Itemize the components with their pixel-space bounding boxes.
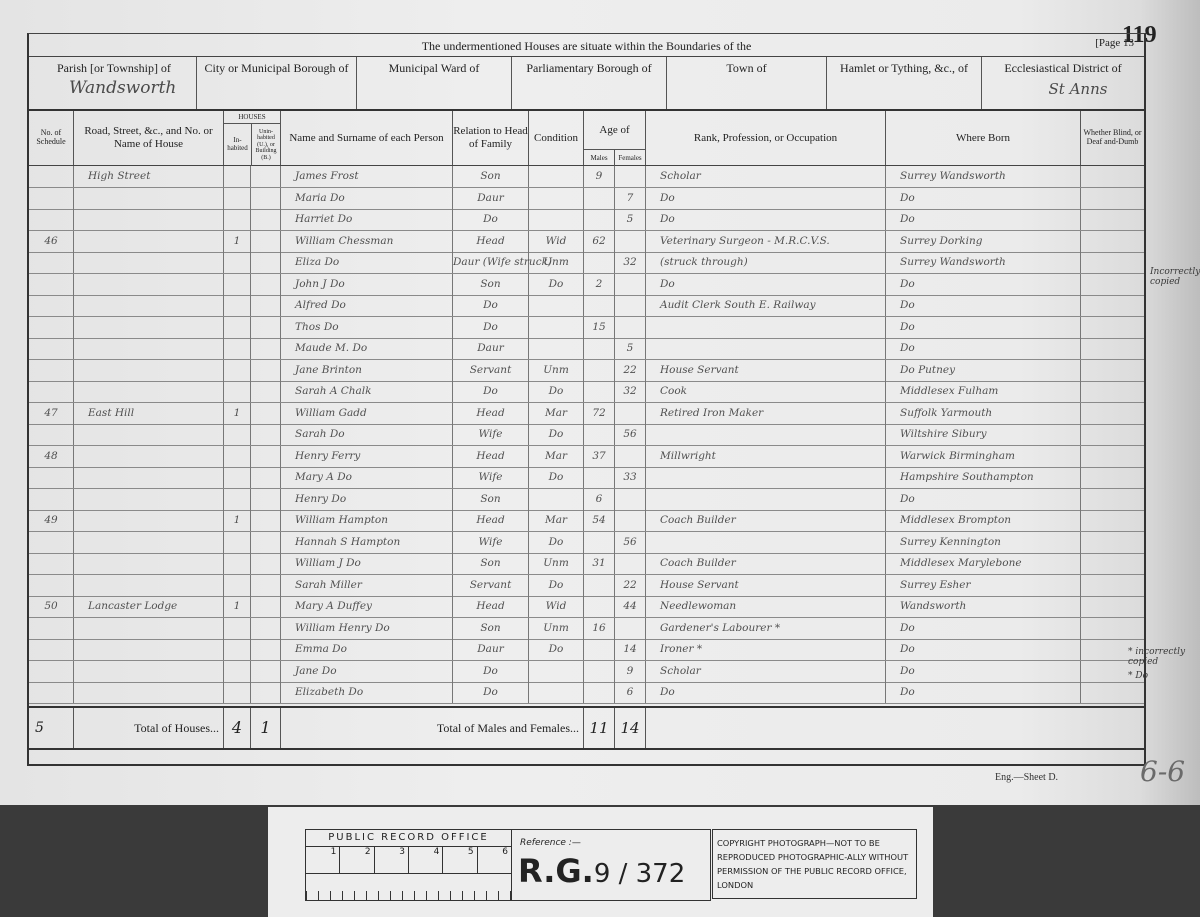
cell-uninh: [251, 661, 281, 682]
census-row: Elizabeth DoDo6DoDo: [29, 682, 1144, 704]
cell-relation: Do: [453, 317, 529, 338]
cell-relation: Wife: [453, 467, 529, 488]
cell-schedule: [29, 661, 74, 682]
cell-schedule: 50: [29, 596, 74, 617]
cell-relation: Wife: [453, 532, 529, 553]
cell-condition: [529, 166, 584, 187]
cell-occupation: Coach Builder: [646, 553, 886, 574]
cell-inh: [224, 317, 251, 338]
cell-occupation: Cook: [646, 381, 886, 402]
cell-female: [615, 274, 646, 295]
cell-male: [584, 381, 615, 402]
cell-born: Do: [886, 661, 1081, 682]
census-row: 491William HamptonHeadMar54Coach Builder…: [29, 510, 1144, 532]
corner-annotation: 6-6: [1140, 755, 1185, 788]
cell-inh: [224, 424, 251, 445]
census-row: 48Henry FerryHeadMar37MillwrightWarwick …: [29, 446, 1144, 468]
reference-value: R.G.9 / 372: [518, 852, 710, 890]
cell-female: 22: [615, 360, 646, 381]
total-females: 14: [615, 708, 646, 748]
col-condition: Condition: [529, 111, 584, 165]
cell-born: Do: [886, 618, 1081, 639]
cell-condition: [529, 188, 584, 209]
cell-road: [74, 295, 224, 316]
cell-occupation: [646, 532, 886, 553]
col-uninhabited: Unin-habited (U.), or Building (B.): [252, 124, 280, 166]
cell-condition: Wid: [529, 231, 584, 252]
cell-uninh: [251, 639, 281, 660]
cell-schedule: [29, 209, 74, 230]
cell-female: [615, 510, 646, 531]
cell-blind: [1081, 575, 1144, 596]
cell-schedule: [29, 424, 74, 445]
cell-inh: [224, 446, 251, 467]
cell-born: Hampshire Southampton: [886, 467, 1081, 488]
cell-occupation: Gardener's Labourer *: [646, 618, 886, 639]
census-row: William Henry DoSonUnm16Gardener's Labou…: [29, 618, 1144, 640]
cell-born: Surrey Dorking: [886, 231, 1081, 252]
cell-condition: Do: [529, 467, 584, 488]
census-sheet: The undermentioned Houses are situate wi…: [27, 33, 1146, 766]
cell-condition: [529, 661, 584, 682]
cell-relation: Do: [453, 295, 529, 316]
ruler-mark: 2: [340, 847, 374, 873]
cell-male: [584, 596, 615, 617]
cell-female: [615, 553, 646, 574]
cell-name: Jane Brinton: [281, 360, 453, 381]
cell-female: 32: [615, 252, 646, 273]
cell-uninh: [251, 403, 281, 424]
boundary-label: Hamlet or Tything, &c., of: [827, 61, 981, 76]
cell-occupation: Coach Builder: [646, 510, 886, 531]
census-row: High StreetJames FrostSon9ScholarSurrey …: [29, 166, 1144, 188]
census-row: Alfred DoDoAudit Clerk South E. RailwayD…: [29, 295, 1144, 317]
cell-road: [74, 532, 224, 553]
cell-female: 6: [615, 682, 646, 703]
cell-condition: [529, 682, 584, 703]
cell-schedule: 49: [29, 510, 74, 531]
cell-schedule: [29, 489, 74, 510]
reference-prefix: R.G.: [518, 852, 594, 890]
cell-blind: [1081, 317, 1144, 338]
cell-inh: [224, 188, 251, 209]
cell-road: [74, 510, 224, 531]
cell-female: [615, 403, 646, 424]
cell-uninh: [251, 317, 281, 338]
cell-road: [74, 661, 224, 682]
margin-note: * Do: [1128, 672, 1188, 682]
cell-inh: [224, 166, 251, 187]
cell-name: Harriet Do: [281, 209, 453, 230]
cell-occupation: (struck through): [646, 252, 886, 273]
reference-label: Reference :—: [520, 838, 710, 848]
cell-female: [615, 489, 646, 510]
cell-inh: [224, 575, 251, 596]
cell-name: Sarah Do: [281, 424, 453, 445]
cell-blind: [1081, 252, 1144, 273]
margin-note: * incorrectly copied: [1128, 648, 1198, 668]
cell-male: 9: [584, 166, 615, 187]
cell-male: 54: [584, 510, 615, 531]
copyright-notice: COPYRIGHT PHOTOGRAPH—NOT TO BE REPRODUCE…: [712, 829, 917, 899]
boundary-label: City or Municipal Borough of: [197, 61, 356, 76]
cell-schedule: [29, 618, 74, 639]
cell-road: [74, 274, 224, 295]
cell-schedule: [29, 317, 74, 338]
col-road: Road, Street, &c., and No. or Name of Ho…: [74, 111, 224, 165]
cell-relation: Daur: [453, 639, 529, 660]
cell-schedule: 46: [29, 231, 74, 252]
cell-female: 9: [615, 661, 646, 682]
cell-inh: [224, 467, 251, 488]
census-row: Mary A DoWifeDo33Hampshire Southampton: [29, 467, 1144, 489]
cell-born: Wandsworth: [886, 596, 1081, 617]
cell-uninh: [251, 231, 281, 252]
cell-born: Do: [886, 682, 1081, 703]
cell-uninh: [251, 209, 281, 230]
cell-born: Suffolk Yarmouth: [886, 403, 1081, 424]
cell-condition: [529, 295, 584, 316]
col-born: Where Born: [886, 111, 1081, 165]
cell-male: [584, 682, 615, 703]
cell-name: Maude M. Do: [281, 338, 453, 359]
cell-relation: Daur: [453, 338, 529, 359]
cell-uninh: [251, 618, 281, 639]
cell-born: Do: [886, 317, 1081, 338]
census-row: Eliza DoDaur (Wife struck)Unm32(struck t…: [29, 252, 1144, 274]
ruler-mark: 5: [443, 847, 477, 873]
cell-female: 22: [615, 575, 646, 596]
cell-occupation: Veterinary Surgeon - M.R.C.V.S.: [646, 231, 886, 252]
cell-male: [584, 338, 615, 359]
reference-number: 9 / 372: [594, 859, 685, 889]
cell-relation: Head: [453, 446, 529, 467]
ruler-scale: 1 2 3 4 5 6: [306, 847, 511, 874]
cell-inh: [224, 209, 251, 230]
cell-female: 32: [615, 381, 646, 402]
ruler-ticks: [306, 874, 511, 900]
cell-uninh: [251, 575, 281, 596]
cell-name: Elizabeth Do: [281, 682, 453, 703]
cell-blind: [1081, 231, 1144, 252]
cell-relation: Servant: [453, 575, 529, 596]
cell-name: William Hampton: [281, 510, 453, 531]
cell-schedule: [29, 467, 74, 488]
cell-occupation: House Servant: [646, 575, 886, 596]
cell-condition: Do: [529, 575, 584, 596]
boundary-city: City or Municipal Borough of: [197, 57, 357, 109]
cell-inh: 1: [224, 403, 251, 424]
cell-name: James Frost: [281, 166, 453, 187]
cell-road: [74, 338, 224, 359]
cell-born: Do: [886, 295, 1081, 316]
cell-inh: [224, 381, 251, 402]
cell-blind: [1081, 682, 1144, 703]
cell-uninh: [251, 252, 281, 273]
cell-road: [74, 618, 224, 639]
cell-blind: [1081, 532, 1144, 553]
cell-uninh: [251, 188, 281, 209]
boundary-town: Town of: [667, 57, 827, 109]
cell-born: Middlesex Brompton: [886, 510, 1081, 531]
col-houses-label: HOUSES: [224, 111, 280, 124]
cell-female: [615, 618, 646, 639]
cell-female: 56: [615, 424, 646, 445]
cell-female: [615, 446, 646, 467]
cell-schedule: [29, 338, 74, 359]
cell-occupation: Ironer *: [646, 639, 886, 660]
cell-road: [74, 360, 224, 381]
cell-relation: Son: [453, 166, 529, 187]
cell-schedule: 47: [29, 403, 74, 424]
census-row: Hannah S HamptonWifeDo56Surrey Kenningto…: [29, 532, 1144, 554]
cell-male: 2: [584, 274, 615, 295]
cell-condition: Do: [529, 532, 584, 553]
cell-blind: [1081, 166, 1144, 187]
cell-male: [584, 424, 615, 445]
col-males: Males: [584, 150, 615, 166]
total-houses-label: Total of Houses...: [74, 708, 224, 748]
cell-occupation: Audit Clerk South E. Railway: [646, 295, 886, 316]
cell-female: 7: [615, 188, 646, 209]
margin-note: Incorrectly copied: [1150, 268, 1198, 288]
cell-male: 6: [584, 489, 615, 510]
cell-born: Surrey Esher: [886, 575, 1081, 596]
cell-male: 31: [584, 553, 615, 574]
boundary-parliamentary: Parliamentary Borough of: [512, 57, 667, 109]
cell-schedule: [29, 381, 74, 402]
cell-condition: Mar: [529, 446, 584, 467]
cell-road: High Street: [74, 166, 224, 187]
cell-road: [74, 424, 224, 445]
cell-male: [584, 575, 615, 596]
cell-uninh: [251, 532, 281, 553]
cell-condition: [529, 338, 584, 359]
census-row: Sarah DoWifeDo56Wiltshire Sibury: [29, 424, 1144, 446]
boundary-label: Ecclesiastical District of: [982, 61, 1144, 76]
cell-uninh: [251, 596, 281, 617]
cell-relation: Servant: [453, 360, 529, 381]
cell-occupation: Needlewoman: [646, 596, 886, 617]
cell-inh: [224, 639, 251, 660]
cell-born: Do: [886, 209, 1081, 230]
census-row: Jane BrintonServantUnm22House ServantDo …: [29, 360, 1144, 382]
cell-occupation: Scholar: [646, 166, 886, 187]
cell-name: Sarah A Chalk: [281, 381, 453, 402]
cell-blind: [1081, 274, 1144, 295]
cell-road: [74, 467, 224, 488]
census-row: Maria DoDaur7DoDo: [29, 188, 1144, 210]
cell-schedule: [29, 188, 74, 209]
cell-name: John J Do: [281, 274, 453, 295]
cell-occupation: Do: [646, 682, 886, 703]
cell-male: 15: [584, 317, 615, 338]
cell-name: Eliza Do: [281, 252, 453, 273]
boundary-header: Parish [or Township] of Wandsworth City …: [29, 57, 1144, 111]
census-row: Sarah A ChalkDoDo32CookMiddlesex Fulham: [29, 381, 1144, 403]
boundary-hamlet: Hamlet or Tything, &c., of: [827, 57, 982, 109]
cell-road: [74, 639, 224, 660]
cell-inh: [224, 295, 251, 316]
cell-female: 5: [615, 338, 646, 359]
cell-occupation: [646, 467, 886, 488]
cell-male: [584, 661, 615, 682]
col-relation: Relation to Head of Family: [453, 111, 529, 165]
cell-name: Thos Do: [281, 317, 453, 338]
cell-inh: [224, 489, 251, 510]
cell-born: Middlesex Fulham: [886, 381, 1081, 402]
cell-inh: [224, 553, 251, 574]
census-row: Jane DoDo9ScholarDo: [29, 661, 1144, 683]
col-age-label: Age of: [584, 111, 645, 149]
cell-condition: Unm: [529, 618, 584, 639]
col-blind: Whether Blind, or Deaf and-Dumb: [1081, 111, 1144, 165]
cell-inh: [224, 682, 251, 703]
col-age: Age of Males Females: [584, 111, 646, 165]
cell-condition: Wid: [529, 596, 584, 617]
cell-road: [74, 317, 224, 338]
cell-road: [74, 682, 224, 703]
cell-uninh: [251, 553, 281, 574]
cell-blind: [1081, 618, 1144, 639]
boundary-label: Town of: [667, 61, 826, 76]
cell-uninh: [251, 510, 281, 531]
cell-relation: Son: [453, 618, 529, 639]
cell-male: 72: [584, 403, 615, 424]
col-houses: HOUSES In-habited Unin-habited (U.), or …: [224, 111, 281, 165]
total-schedules: 5: [29, 708, 74, 748]
boundary-ecclesiastical: [Page 13 Ecclesiastical District of St A…: [982, 57, 1144, 109]
cell-schedule: [29, 575, 74, 596]
cell-born: Wiltshire Sibury: [886, 424, 1081, 445]
cell-inh: [224, 360, 251, 381]
cell-blind: [1081, 338, 1144, 359]
cell-uninh: [251, 489, 281, 510]
census-row: Emma DoDaurDo14Ironer *Do: [29, 639, 1144, 661]
cell-occupation: Retired Iron Maker: [646, 403, 886, 424]
cell-relation: Head: [453, 403, 529, 424]
cell-uninh: [251, 338, 281, 359]
cell-blind: [1081, 381, 1144, 402]
cell-condition: Unm: [529, 252, 584, 273]
cell-road: [74, 446, 224, 467]
pro-ruler-box: PUBLIC RECORD OFFICE 1 2 3 4 5 6: [305, 829, 512, 901]
cell-schedule: [29, 295, 74, 316]
cell-male: [584, 188, 615, 209]
cell-blind: [1081, 596, 1144, 617]
boundary-value: St Anns: [1012, 80, 1144, 98]
cell-male: 62: [584, 231, 615, 252]
cell-occupation: Do: [646, 274, 886, 295]
total-uninhabited: 1: [251, 708, 281, 748]
cell-relation: Daur (Wife struck): [453, 252, 529, 273]
cell-condition: Do: [529, 424, 584, 445]
cell-blind: [1081, 489, 1144, 510]
cell-inh: 1: [224, 231, 251, 252]
cell-uninh: [251, 274, 281, 295]
cell-road: Lancaster Lodge: [74, 596, 224, 617]
cell-female: [615, 295, 646, 316]
cell-inh: 1: [224, 510, 251, 531]
cell-blind: [1081, 424, 1144, 445]
census-row: 461William ChessmanHeadWid62Veterinary S…: [29, 231, 1144, 253]
cell-name: Henry Ferry: [281, 446, 453, 467]
cell-inh: [224, 252, 251, 273]
cell-schedule: [29, 553, 74, 574]
cell-name: William Gadd: [281, 403, 453, 424]
cell-condition: [529, 317, 584, 338]
printed-page: [Page 13: [1095, 37, 1134, 49]
cell-condition: Do: [529, 639, 584, 660]
cell-road: [74, 209, 224, 230]
cell-blind: [1081, 295, 1144, 316]
census-row: Harriet DoDo5DoDo: [29, 209, 1144, 231]
cell-female: 33: [615, 467, 646, 488]
cell-inh: [224, 274, 251, 295]
cell-uninh: [251, 166, 281, 187]
cell-male: [584, 360, 615, 381]
cell-born: Surrey Wandsworth: [886, 252, 1081, 273]
cell-inh: 1: [224, 596, 251, 617]
cell-road: [74, 575, 224, 596]
cell-name: Sarah Miller: [281, 575, 453, 596]
cell-schedule: [29, 532, 74, 553]
cell-name: Mary A Duffey: [281, 596, 453, 617]
boundary-label: Municipal Ward of: [357, 61, 511, 76]
sheet-title: The undermentioned Houses are situate wi…: [29, 34, 1144, 57]
cell-road: [74, 231, 224, 252]
cell-blind: [1081, 467, 1144, 488]
cell-uninh: [251, 467, 281, 488]
cell-blind: [1081, 553, 1144, 574]
cell-female: [615, 231, 646, 252]
cell-name: William Henry Do: [281, 618, 453, 639]
cell-born: Do: [886, 274, 1081, 295]
cell-road: [74, 252, 224, 273]
col-females: Females: [615, 150, 645, 166]
cell-condition: Do: [529, 381, 584, 402]
cell-relation: Do: [453, 661, 529, 682]
cell-schedule: [29, 360, 74, 381]
cell-inh: [224, 661, 251, 682]
cell-blind: [1081, 403, 1144, 424]
col-inhabited: In-habited: [224, 124, 252, 166]
cell-blind: [1081, 446, 1144, 467]
cell-name: Emma Do: [281, 639, 453, 660]
cell-occupation: [646, 317, 886, 338]
ruler-mark: 3: [375, 847, 409, 873]
cell-relation: Head: [453, 596, 529, 617]
cell-relation: Son: [453, 489, 529, 510]
cell-born: Do: [886, 639, 1081, 660]
cell-male: [584, 209, 615, 230]
census-row: 47East Hill1William GaddHeadMar72Retired…: [29, 403, 1144, 425]
cell-road: [74, 489, 224, 510]
cell-born: Warwick Birmingham: [886, 446, 1081, 467]
cell-schedule: [29, 166, 74, 187]
cell-condition: Mar: [529, 510, 584, 531]
census-row: John J DoSonDo2DoDo: [29, 274, 1144, 296]
cell-female: 56: [615, 532, 646, 553]
cell-condition: Unm: [529, 553, 584, 574]
cell-occupation: House Servant: [646, 360, 886, 381]
cell-occupation: [646, 489, 886, 510]
cell-male: 37: [584, 446, 615, 467]
ruler-mark: 6: [478, 847, 511, 873]
cell-name: Mary A Do: [281, 467, 453, 488]
census-row: Sarah MillerServantDo22House ServantSurr…: [29, 575, 1144, 597]
cell-road: East Hill: [74, 403, 224, 424]
